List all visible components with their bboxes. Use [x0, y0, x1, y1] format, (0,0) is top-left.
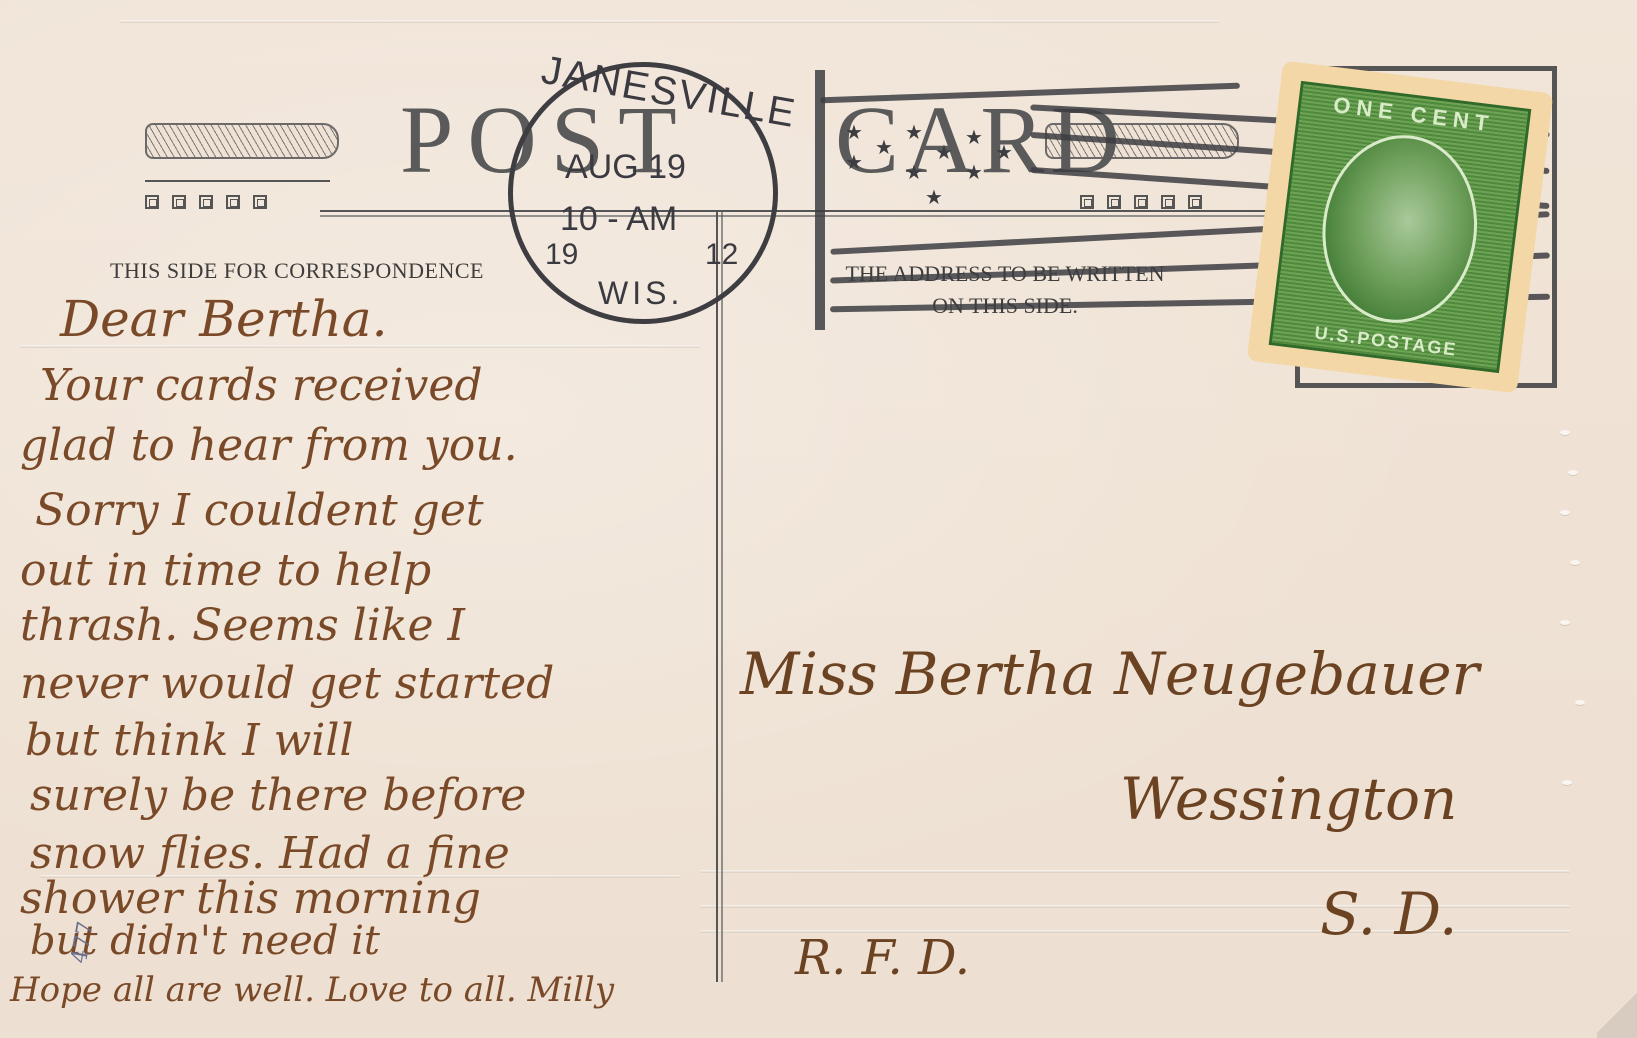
address-route: R. F. D. [795, 930, 970, 986]
ornament-square [1134, 195, 1148, 209]
flag-star-icon: ★ [995, 140, 1013, 165]
emboss-dot [1562, 780, 1572, 785]
ornament-square [145, 195, 159, 209]
flag-star-icon: ★ [925, 185, 943, 210]
ornament-square [1080, 195, 1094, 209]
flag-star-icon: ★ [935, 140, 953, 165]
emboss-ridge [700, 870, 1570, 873]
message-line: snow flies. Had a fine [30, 828, 510, 879]
flag-star-icon: ★ [905, 160, 923, 185]
message-line: Hope all are well. Love to all. Milly [10, 970, 614, 1010]
message-line: glad to hear from you. [20, 420, 518, 471]
postmark-date: AUG 19 [565, 148, 686, 187]
ornament-square [253, 195, 267, 209]
address-state: S. D. [1320, 880, 1457, 948]
card-corner-wear [1597, 988, 1637, 1038]
postcard-back: POST CARD THIS SIDE FOR CORRESPONDENCE T… [0, 0, 1637, 1038]
divider-rule-vertical [721, 212, 723, 982]
ornament-rule [145, 180, 330, 182]
flag-star-icon: ★ [845, 150, 863, 175]
divider-rule-horizontal [320, 210, 1390, 212]
ornament-square [172, 195, 186, 209]
flag-star-icon: ★ [965, 160, 983, 185]
postage-stamp: ONE CENT U.S.POSTAGE [1253, 67, 1546, 387]
stamp-bottom-text: U.S.POSTAGE [1272, 317, 1499, 365]
postmark-year-right: 12 [705, 238, 738, 272]
laurel-ornament-left [145, 123, 339, 159]
message-line: surely be there before [30, 770, 526, 821]
emboss-ridge [120, 20, 1220, 23]
emboss-dot [1568, 470, 1578, 475]
message-line: shower this morning [20, 873, 481, 924]
correspondence-label: THIS SIDE FOR CORRESPONDENCE [110, 258, 484, 284]
stamp-portrait [1312, 126, 1488, 331]
emboss-dot [1570, 560, 1580, 565]
postmark-time: 10 - AM [560, 200, 677, 239]
ornament-square [226, 195, 240, 209]
postmark-year-left: 19 [545, 238, 578, 272]
flag-cancel-pole [815, 70, 825, 330]
flag-star-icon: ★ [965, 125, 983, 150]
divider-rule-vertical [716, 212, 718, 982]
flag-star-icon: ★ [845, 120, 863, 145]
ornament-square [1161, 195, 1175, 209]
postmark-state: WIS. [598, 275, 683, 312]
emboss-dot [1560, 430, 1570, 435]
ornament-square [1107, 195, 1121, 209]
message-line: Your cards received [40, 360, 483, 411]
ornament-square [199, 195, 213, 209]
divider-rule-horizontal [320, 215, 1390, 217]
address-city: Wessington [1120, 765, 1457, 833]
emboss-dot [1560, 620, 1570, 625]
ornament-square [1188, 195, 1202, 209]
message-line: out in time to help [20, 545, 431, 596]
stamp-top-text: ONE CENT [1300, 88, 1527, 141]
flag-star-icon: ★ [875, 135, 893, 160]
message-line: thrash. Seems like I [20, 600, 465, 651]
emboss-dot [1575, 700, 1585, 705]
message-line: but think I will [25, 715, 354, 766]
address-name: Miss Bertha Neugebauer [740, 640, 1479, 708]
stamp-engraving: ONE CENT U.S.POSTAGE [1269, 81, 1532, 373]
emboss-dot [1560, 510, 1570, 515]
message-line: Dear Bertha. [60, 290, 388, 348]
message-line: Sorry I couldent get [35, 485, 484, 536]
message-line: never would get started [20, 658, 554, 709]
flag-star-icon: ★ [905, 120, 923, 145]
